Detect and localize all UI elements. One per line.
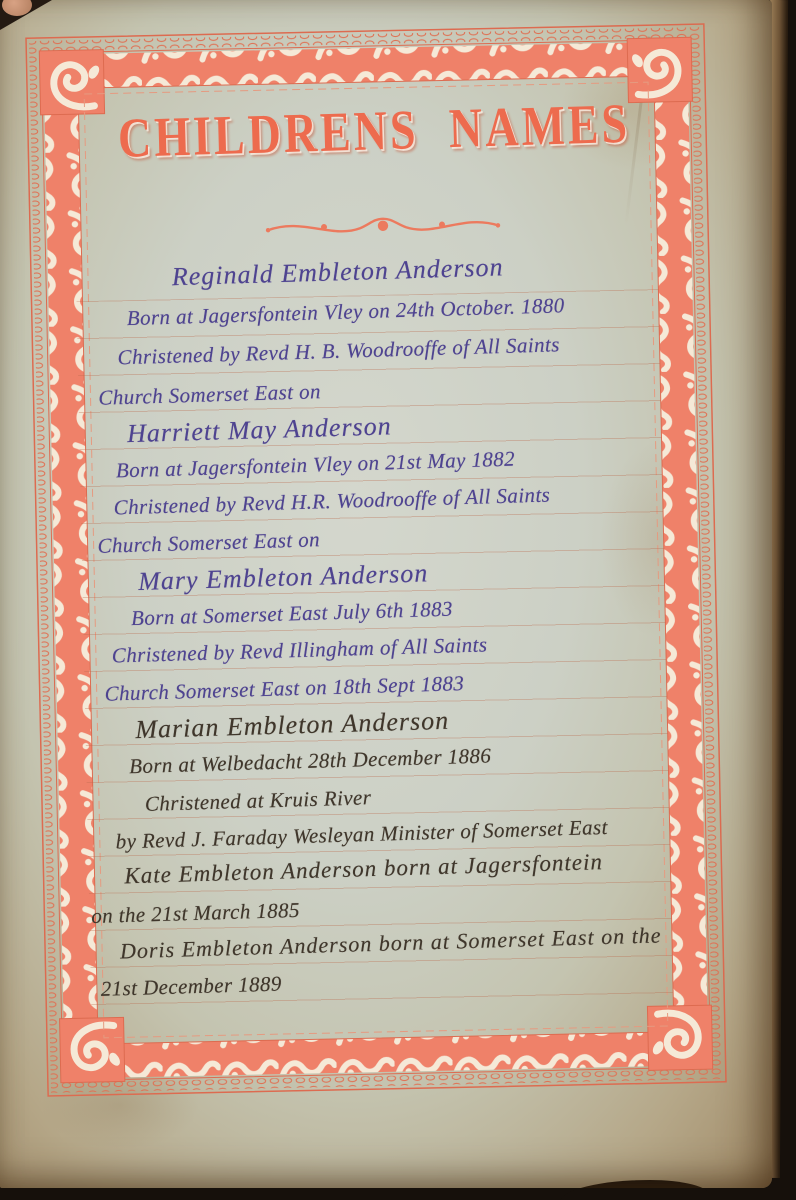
register-page: CHILDRENS NAMES Reginald Embleton Anders…	[0, 0, 772, 1188]
register-line: Reginald Embleton Anderson	[171, 252, 503, 292]
photo-backdrop: CHILDRENS NAMES Reginald Embleton Anders…	[0, 0, 796, 1200]
writing-area: Reginald Embleton Anderson Born at Jager…	[82, 84, 669, 1032]
torn-page-edge	[560, 1180, 710, 1200]
decorative-border: CHILDRENS NAMES Reginald Embleton Anders…	[25, 23, 727, 1097]
fingertip	[2, 0, 32, 16]
